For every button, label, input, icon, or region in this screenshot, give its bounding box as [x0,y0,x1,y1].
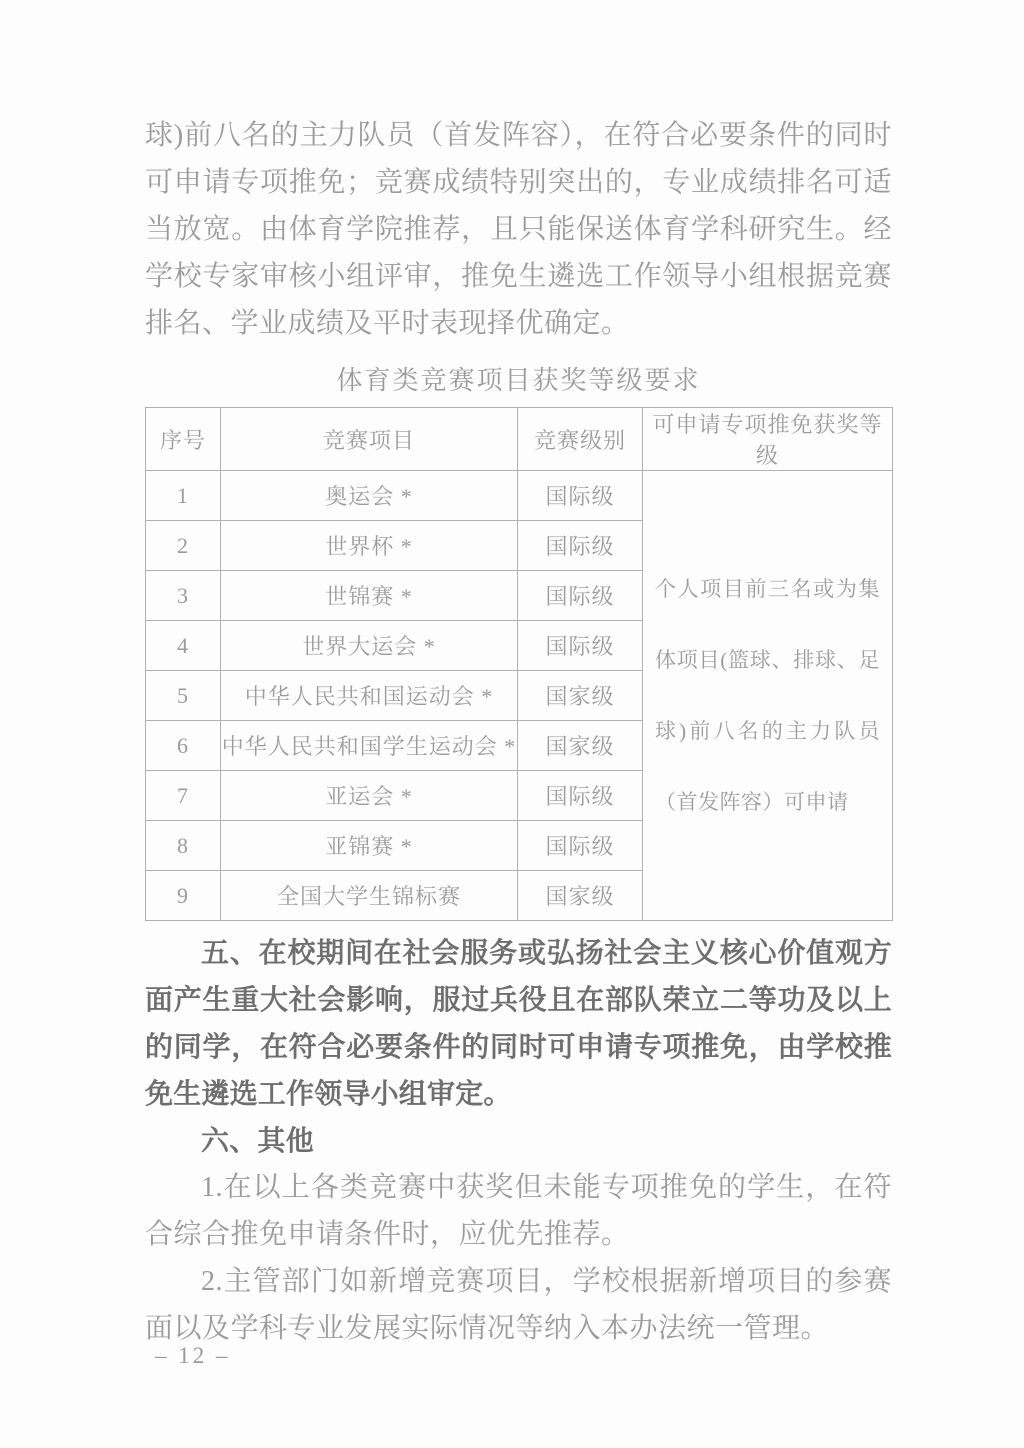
header-number: 序号 [146,408,221,471]
event-cell: 全国大学生锦标赛 [221,871,518,921]
level-cell: 国际级 [518,471,643,521]
other-item-1: 1.在以上各类竞赛中获奖但未能专项推免的学生，在符合综合推免申请条件时，应优先推… [145,1164,892,1258]
row-number-cell: 7 [146,771,221,821]
level-cell: 国际级 [518,771,643,821]
event-cell: 世界杯 * [221,521,518,571]
row-number-cell: 1 [146,471,221,521]
page-number: – 12 – [155,1343,231,1369]
level-cell: 国际级 [518,621,643,671]
event-cell: 奥运会 * [221,471,518,521]
event-cell: 亚锦赛 * [221,821,518,871]
level-cell: 国家级 [518,721,643,771]
section-6-heading: 六、其他 [145,1117,892,1164]
level-cell: 国家级 [518,871,643,921]
row-number-cell: 8 [146,821,221,871]
level-cell: 国际级 [518,571,643,621]
table-row: 1 奥运会 * 国际级 个人项目前三名或为集体项目(篮球、排球、足球)前八名的主… [146,471,893,521]
section-5-paragraph: 五、在校期间在社会服务或弘扬社会主义核心价值观方面产生重大社会影响，服过兵役且在… [145,929,892,1117]
page-content: 球)前八名的主力队员（首发阵容），在符合必要条件的同时可申请专项推免；竞赛成绩特… [145,112,892,1352]
row-number-cell: 4 [146,621,221,671]
event-cell: 中华人民共和国学生运动会 * [221,721,518,771]
table-title: 体育类竞赛项目获奖等级要求 [145,363,892,399]
row-number-cell: 2 [146,521,221,571]
level-cell: 国际级 [518,821,643,871]
level-cell: 国际级 [518,521,643,571]
intro-paragraph: 球)前八名的主力队员（首发阵容），在符合必要条件的同时可申请专项推免；竞赛成绩特… [145,112,892,347]
row-number-cell: 9 [146,871,221,921]
sports-award-table: 序号 竞赛项目 竞赛级别 可申请专项推免获奖等级 1 奥运会 * 国际级 个人项… [145,407,893,921]
event-cell: 世锦赛 * [221,571,518,621]
eligibility-note-cell: 个人项目前三名或为集体项目(篮球、排球、足球)前八名的主力队员（首发阵容）可申请 [643,471,893,921]
row-number-cell: 3 [146,571,221,621]
level-cell: 国家级 [518,671,643,721]
document-page: 球)前八名的主力队员（首发阵容），在符合必要条件的同时可申请专项推免；竞赛成绩特… [0,0,1024,1448]
header-eligibility: 可申请专项推免获奖等级 [643,408,893,471]
event-cell: 中华人民共和国运动会 * [221,671,518,721]
row-number-cell: 6 [146,721,221,771]
other-item-2: 2.主管部门如新增竞赛项目，学校根据新增项目的参赛面以及学科专业发展实际情况等纳… [145,1258,892,1352]
table-header-row: 序号 竞赛项目 竞赛级别 可申请专项推免获奖等级 [146,408,893,471]
event-cell: 世界大运会 * [221,621,518,671]
header-level: 竞赛级别 [518,408,643,471]
event-cell: 亚运会 * [221,771,518,821]
header-event: 竞赛项目 [221,408,518,471]
row-number-cell: 5 [146,671,221,721]
